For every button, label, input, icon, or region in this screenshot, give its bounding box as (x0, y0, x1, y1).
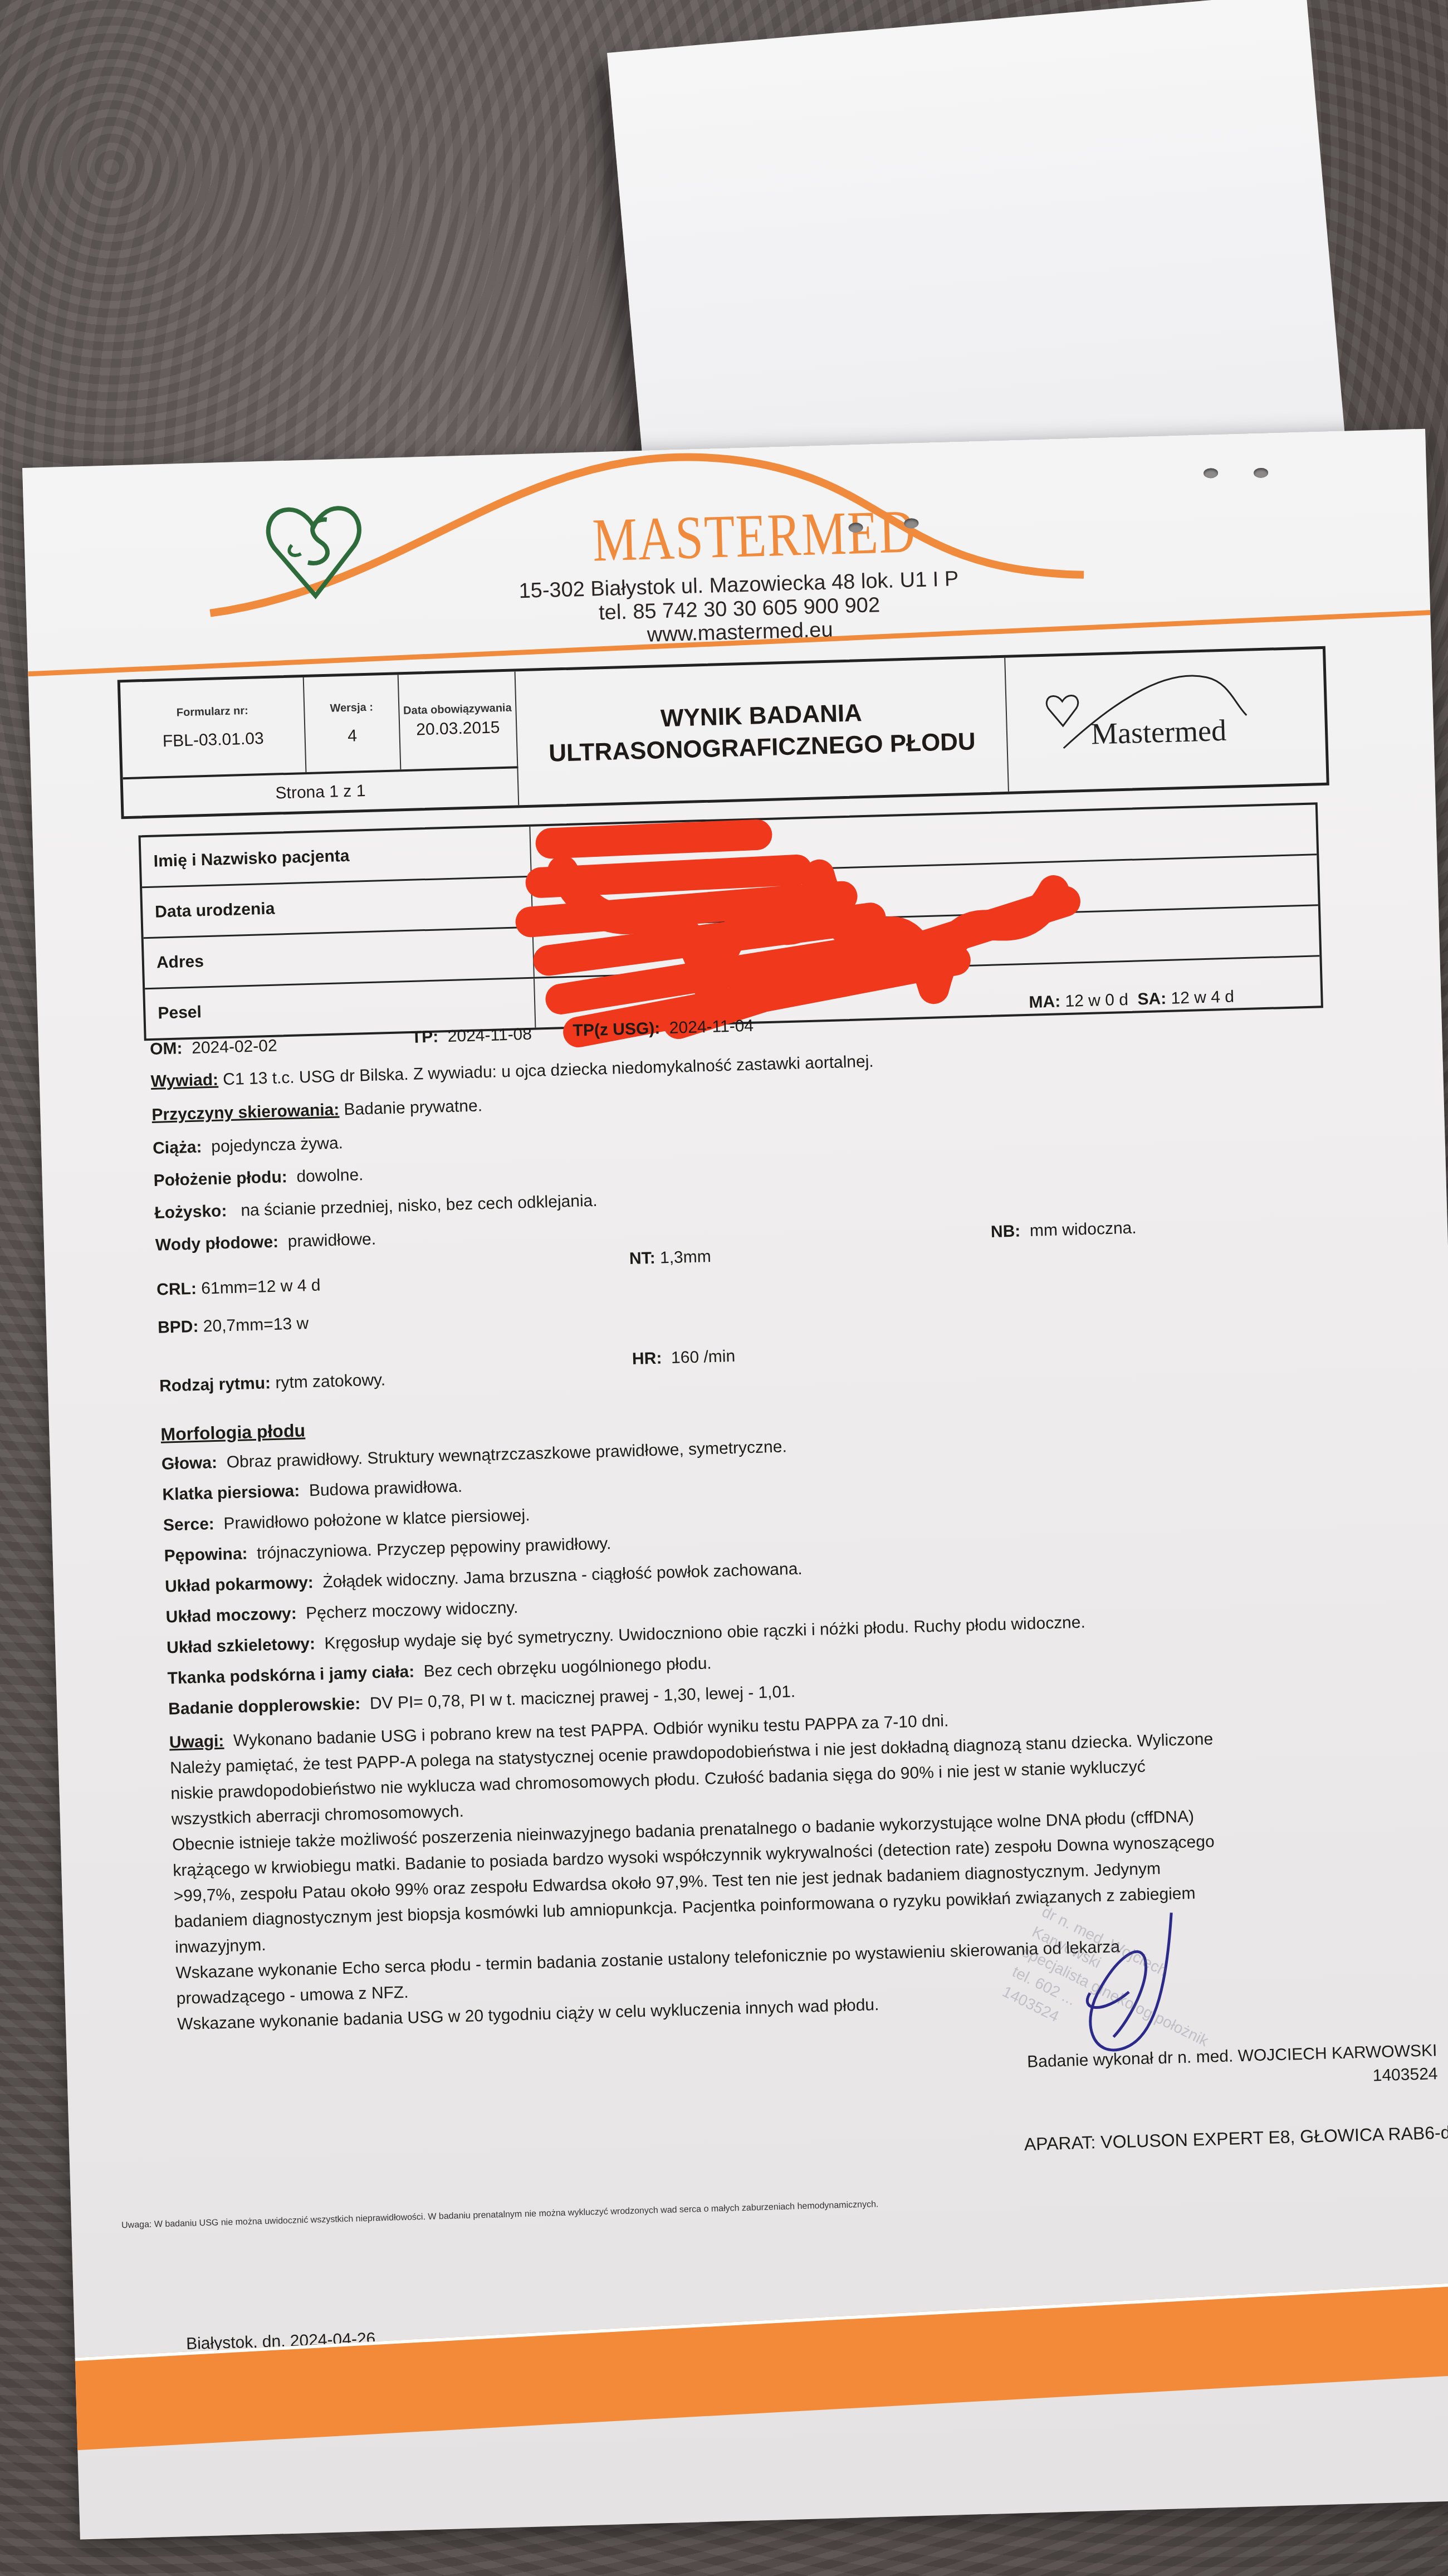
apparatus-info: APARAT: VOLUSON EXPERT E8, GŁOWICA RAB6-… (1024, 2123, 1448, 2155)
morphology-label: Układ pokarmowy: (165, 1573, 314, 1596)
nt-value: 1,3mm (660, 1247, 712, 1267)
tp-label: TP: (411, 1028, 438, 1047)
notes-text: prowadzącego - umowa z NFZ. (176, 1983, 409, 2008)
notes-line: prowadzącego - umowa z NFZ. (176, 1984, 409, 2008)
morphology-item: Serce: Prawidłowo położone w klatce pier… (163, 1507, 530, 1534)
ultrasound-report-sheet: MASTERMED 15-302 Białystok ul. Mazowieck… (22, 429, 1448, 2540)
notes-text: inwazyjnym. (175, 1936, 266, 1957)
morphology-item: Układ moczowy: Pęcherz moczowy widoczny. (165, 1599, 518, 1626)
morphology-item: Pępowina: trójnaczyniowa. Przyczep pępow… (164, 1535, 612, 1564)
red-scribble-redaction (506, 799, 1124, 1051)
rhythm-line: Rodzaj rytmu: rytm zatokowy. (159, 1372, 386, 1394)
birthdate-label: Data urodzenia (142, 877, 533, 938)
crl-line: CRL: 61mm=12 w 4 d (156, 1277, 321, 1299)
notes-line: Wskazane wykonanie Echo serca płodu - te… (175, 1939, 1120, 1982)
morphology-label: Badanie dopplerowskie: (168, 1695, 361, 1719)
letterhead: MASTERMED 15-302 Białystok ul. Mazowieck… (22, 429, 1431, 669)
finding-amniotic-fluid: Wody płodowe: prawidłowe. (155, 1231, 376, 1254)
finding-label: Wody płodowe: (155, 1233, 279, 1255)
history-value: C1 13 t.c. USG dr Bilska. Z wywiadu: u o… (223, 1052, 874, 1089)
finding-value: na ścianie przedniej, nisko, bez cech od… (241, 1192, 598, 1220)
notes-text: Wskazane wykonanie Echo serca płodu - te… (175, 1938, 1120, 1982)
ma-label: MA: (1029, 992, 1061, 1012)
morphology-item: Głowa: Obraz prawidłowy. Struktury wewną… (162, 1438, 787, 1472)
footnote-disclaimer: Uwaga: W badaniu USG nie można uwidoczni… (121, 2199, 879, 2231)
title-line-1: WYNIK BADANIA (660, 697, 862, 734)
back-sheet (607, 0, 1346, 508)
notes-line: inwazyjnym. (175, 1937, 266, 1957)
om-line: OM: 2024-02-02 (150, 1038, 277, 1058)
mastermed-heart-logo-icon (257, 492, 372, 607)
crl-label: CRL: (156, 1280, 197, 1299)
rhythm-value: rytm zatokowy. (275, 1370, 386, 1392)
finding-label: Łożysko: (154, 1202, 227, 1222)
finding-placenta: Łożysko: na ścianie przedniej, nisko, be… (154, 1193, 598, 1222)
finding-value: pojedyncza żywa. (211, 1134, 344, 1156)
morphology-item: Tkanka podskórna i jamy ciała: Bez cech … (167, 1655, 712, 1687)
morphology-value: Obraz prawidłowy. Struktury wewnątrzczas… (226, 1437, 787, 1471)
morphology-label: Układ szkieletowy: (167, 1635, 316, 1657)
patient-name-label: Imię i Nazwisko pacjenta (141, 827, 532, 887)
bpd-line: BPD: 20,7mm=13 w (158, 1315, 309, 1336)
morphology-value: Kręgosłup wydaje się być symetryczny. Uw… (324, 1613, 1085, 1653)
morphology-label: Układ moczowy: (165, 1604, 297, 1627)
bpd-label: BPD: (158, 1318, 199, 1337)
morphology-value: Pęcherz moczowy widoczny. (306, 1598, 518, 1623)
morphology-label: Klatka piersiowa: (162, 1482, 300, 1504)
finding-value: dowolne. (296, 1165, 364, 1185)
finding-pregnancy: Ciąża: pojedyncza żywa. (153, 1135, 344, 1157)
rhythm-label: Rodzaj rytmu: (159, 1374, 271, 1396)
ma-value: 12 w 0 d (1065, 991, 1128, 1011)
sa-value: 12 w 4 d (1171, 988, 1234, 1008)
nb-line: NB: mm widoczna. (991, 1220, 1137, 1241)
finding-value: prawidłowe. (287, 1230, 376, 1251)
valid-date-cell: Data obowiązywania 20.03.2015 (399, 671, 518, 769)
morphology-value: Budowa prawidłowa. (309, 1477, 462, 1500)
hr-label: HR: (632, 1349, 662, 1368)
tp-value: 2024-11-08 (447, 1025, 532, 1046)
om-value: 2024-02-02 (192, 1037, 277, 1057)
morphology-item: Układ pokarmowy: Żołądek widoczny. Jama … (165, 1561, 803, 1596)
hr-line: HR: 160 /min (632, 1348, 736, 1368)
morphology-label: Tkanka podskórna i jamy ciała: (167, 1662, 414, 1687)
form-number-label: Formularz nr: (177, 704, 248, 719)
nb-label: NB: (991, 1222, 1021, 1241)
orange-footer-band (63, 2280, 1448, 2451)
form-number-cell: Formularz nr: FBL-03.01.03 (120, 677, 307, 777)
crl-value: 61mm=12 w 4 d (201, 1276, 321, 1298)
bpd-value: 20,7mm=13 w (203, 1314, 309, 1335)
mastermed-logo-box: Mastermed (1005, 649, 1326, 792)
form-number: FBL-03.01.03 (162, 729, 264, 751)
notes-label: Uwagi: (169, 1732, 224, 1752)
hr-value: 160 /min (671, 1347, 736, 1367)
brand-name: MASTERMED (591, 496, 917, 575)
referral-value: Badanie prywatne. (344, 1096, 482, 1119)
morphology-value: Bez cech obrzęku uogólnionego płodu. (423, 1654, 712, 1680)
history-line: Wywiad: C1 13 t.c. USG dr Bilska. Z wywi… (150, 1053, 874, 1090)
title-line-2: ULTRASONOGRAFICZNEGO PŁODU (549, 725, 976, 769)
nt-label: NT: (629, 1249, 656, 1268)
version-number: 4 (348, 726, 358, 745)
finding-label: Ciąża: (153, 1138, 202, 1157)
om-label: OM: (150, 1039, 183, 1058)
finding-label: Położenie płodu: (153, 1168, 287, 1190)
valid-date-label: Data obowiązywania (403, 701, 512, 717)
version-label: Wersja : (330, 701, 373, 715)
tp-usg-value: 2024-11-04 (669, 1017, 754, 1037)
valid-date: 20.03.2015 (416, 718, 500, 739)
morphology-value: Żołądek widoczny. Jama brzuszna - ciągło… (322, 1560, 803, 1592)
referral-line: Przyczyny skierowania: Badanie prywatne. (151, 1097, 482, 1124)
document-title: WYNIK BADANIA ULTRASONOGRAFICZNEGO PŁODU (516, 658, 1009, 805)
morphology-item: Klatka piersiowa: Budowa prawidłowa. (162, 1479, 462, 1504)
logo-text: Mastermed (1090, 713, 1227, 752)
nb-value: mm widoczna. (1029, 1219, 1137, 1240)
tp-usg-label: TP(z USG): (573, 1019, 661, 1040)
history-label: Wywiad: (150, 1071, 218, 1091)
address-label: Adres (144, 928, 535, 988)
notes-line: wszystkich aberracji chromosomowych. (171, 1803, 464, 1828)
morphology-label: Serce: (163, 1515, 215, 1535)
morphology-label: Głowa: (162, 1453, 218, 1474)
morphology-heading: Morfologia płodu (160, 1421, 305, 1443)
morphology-item: Badanie dopplerowskie: DV PI= 0,78, PI w… (168, 1684, 796, 1718)
nt-line: NT: 1,3mm (629, 1248, 711, 1267)
referral-label: Przyczyny skierowania: (151, 1101, 340, 1124)
morphology-label: Pępowina: (164, 1544, 248, 1565)
morphology-value: DV PI= 0,78, PI w t. macicznej prawej - … (369, 1682, 795, 1713)
notes-text: wszystkich aberracji chromosomowych. (171, 1802, 464, 1829)
sa-label: SA: (1137, 989, 1167, 1008)
finding-position: Położenie płodu: dowolne. (153, 1167, 363, 1189)
tp-line: TP: 2024-11-08 (411, 1026, 532, 1046)
morphology-value: Prawidłowo położone w klatce piersiowej. (223, 1506, 530, 1533)
morphology-value: trójnaczyniowa. Przyczep pępowiny prawid… (257, 1534, 612, 1563)
version-cell: Wersja : 4 (304, 675, 402, 772)
